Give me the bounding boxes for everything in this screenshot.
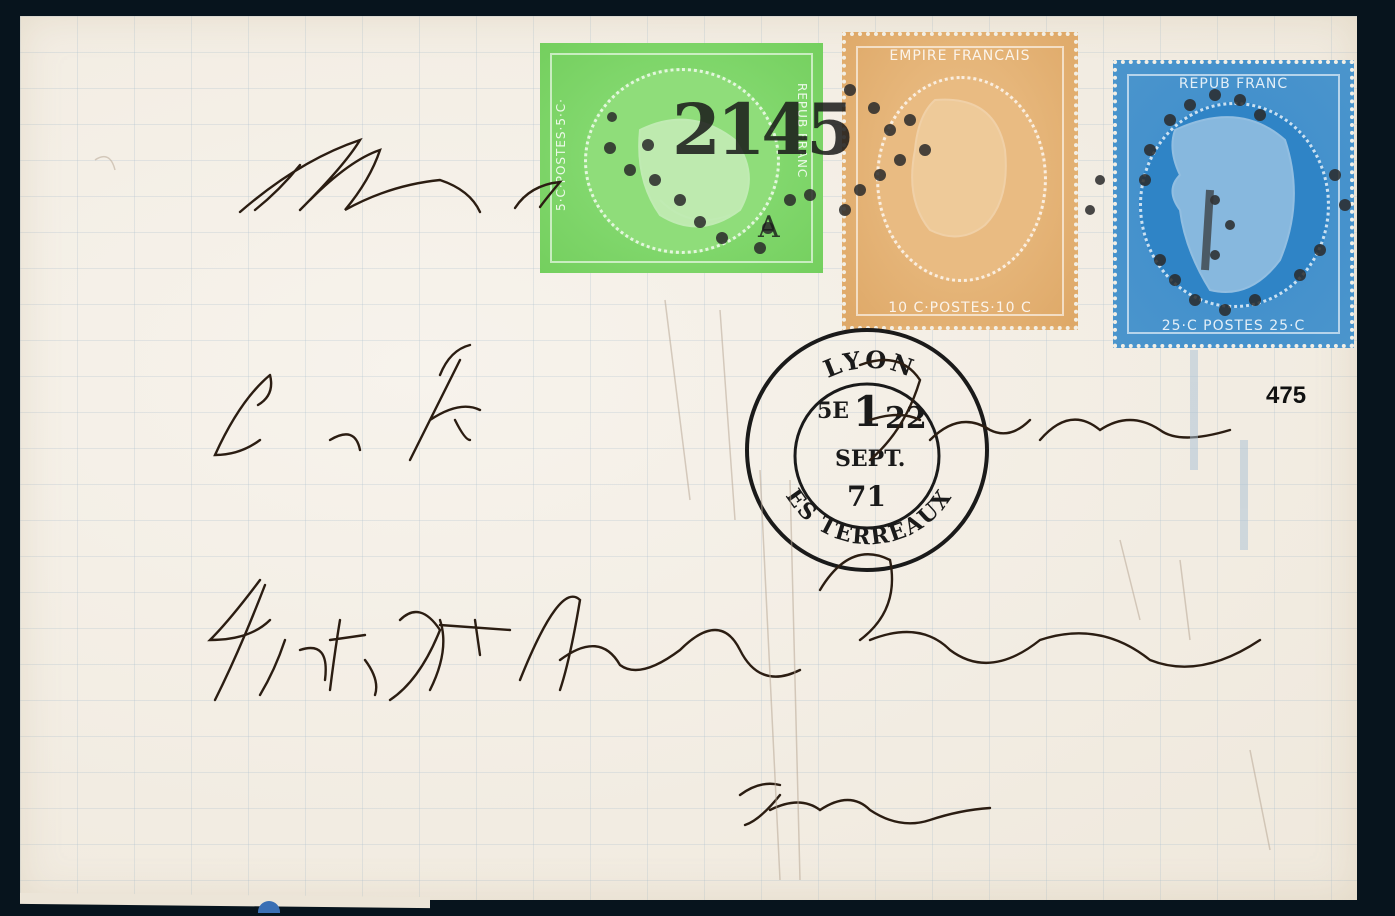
postmark-serial: 1	[853, 387, 882, 436]
stamp-top-label: EMPIRE FRANCAIS	[846, 48, 1074, 64]
postmark-city: LYON	[819, 344, 920, 383]
postmark-month: SEPT.	[835, 446, 905, 472]
stamp-bottom-label: 25·C POSTES 25·C	[1117, 318, 1350, 334]
stamp-blue-25c: REPUB FRANC 25·C POSTES 25·C	[1113, 60, 1354, 348]
napoleon-medallion	[876, 76, 1047, 282]
stamp-side-label: 5·C·POSTES·5·C·	[554, 98, 568, 211]
lot-number: 475	[1266, 382, 1306, 410]
svg-text:LYON: LYON	[819, 344, 920, 383]
postmark-day: 22	[885, 401, 927, 436]
postmark-hour: 5E	[817, 398, 849, 424]
postmark-year: 71	[847, 480, 886, 513]
cancel-letter: A	[758, 210, 780, 245]
stamp-top-label: REPUB FRANC	[1117, 76, 1350, 92]
stamp-bottom-label: 10 C·POSTES·10 C	[846, 300, 1074, 316]
cancel-number: 2145	[672, 88, 851, 171]
stamp-bistre-10c: EMPIRE FRANCAIS 10 C·POSTES·10 C	[842, 32, 1078, 330]
ceres-medallion	[1139, 102, 1330, 308]
lyon-postmark: LYON ES TERREAUX 5E 22 SEPT. 71 1	[735, 318, 1000, 583]
